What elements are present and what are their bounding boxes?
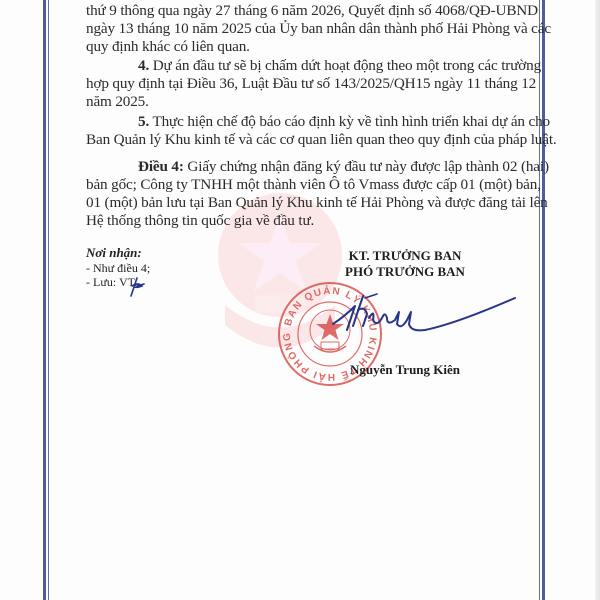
paragraph-article-4: Điều 4: Giấy chứng nhận đăng ký đầu tư n… — [86, 158, 532, 230]
item-text: Thực hiện chế độ báo cáo định kỳ về tình… — [149, 113, 550, 130]
recipients-title: Nơi nhận: — [86, 246, 150, 261]
page-border-left-inner — [48, 0, 49, 600]
signature-icon — [325, 286, 525, 341]
text-line: 5. Thực hiện chế độ báo cáo định kỳ về t… — [86, 113, 532, 131]
text-line: 01 (một) bản lưu tại Ban Quản lý Khu kin… — [86, 194, 532, 212]
signer-name: Nguyễn Trung Kiên — [330, 362, 480, 378]
article-text: Giấy chứng nhận đăng ký đầu tư này được … — [184, 158, 549, 175]
text-line: thứ 9 thông qua ngày 27 tháng 6 năm 2026… — [86, 2, 532, 20]
text-line: ngày 13 tháng 10 năm 2025 của Ủy ban nhâ… — [86, 20, 532, 38]
item-number: 5. — [138, 113, 149, 130]
recipient-item: - Như điều 4; — [86, 261, 150, 276]
paragraph-item-4: 4. Dự án đầu tư sẽ bị chấm dứt hoạt động… — [86, 57, 532, 111]
page-border-left-outer — [43, 0, 46, 600]
initial-mark-icon — [128, 274, 146, 298]
document-page: thứ 9 thông qua ngày 27 tháng 6 năm 2026… — [0, 0, 600, 600]
paragraph-continued: thứ 9 thông qua ngày 27 tháng 6 năm 2026… — [86, 2, 532, 56]
text-line: năm 2025. — [86, 93, 532, 111]
text-line: quy định khác có liên quan. — [86, 38, 532, 56]
text-line: Ban Quản lý Khu kinh tế và các cơ quan l… — [86, 131, 532, 149]
signer-title-line1: KT. TRƯỞNG BAN — [330, 248, 480, 264]
page-border-right-outer — [542, 0, 545, 600]
text-line: 4. Dự án đầu tư sẽ bị chấm dứt hoạt động… — [86, 57, 532, 75]
page-edge-shadow — [595, 0, 600, 600]
text-line: Hệ thống thông tin quốc gia về đầu tư. — [86, 212, 532, 230]
page-border-right-inner — [539, 0, 540, 600]
item-number: 4. — [138, 57, 149, 74]
text-line: Điều 4: Giấy chứng nhận đăng ký đầu tư n… — [86, 158, 532, 176]
text-line: hợp quy định tại Điều 36, Luật Đầu tư số… — [86, 75, 532, 93]
paragraph-item-5: 5. Thực hiện chế độ báo cáo định kỳ về t… — [86, 113, 532, 149]
signer-title-line2: PHÓ TRƯỞNG BAN — [330, 264, 480, 280]
article-heading: Điều 4: — [138, 158, 184, 175]
item-text: Dự án đầu tư sẽ bị chấm dứt hoạt động th… — [149, 57, 541, 74]
text-line: bản gốc; Công ty TNHH một thành viên Ô t… — [86, 176, 532, 194]
